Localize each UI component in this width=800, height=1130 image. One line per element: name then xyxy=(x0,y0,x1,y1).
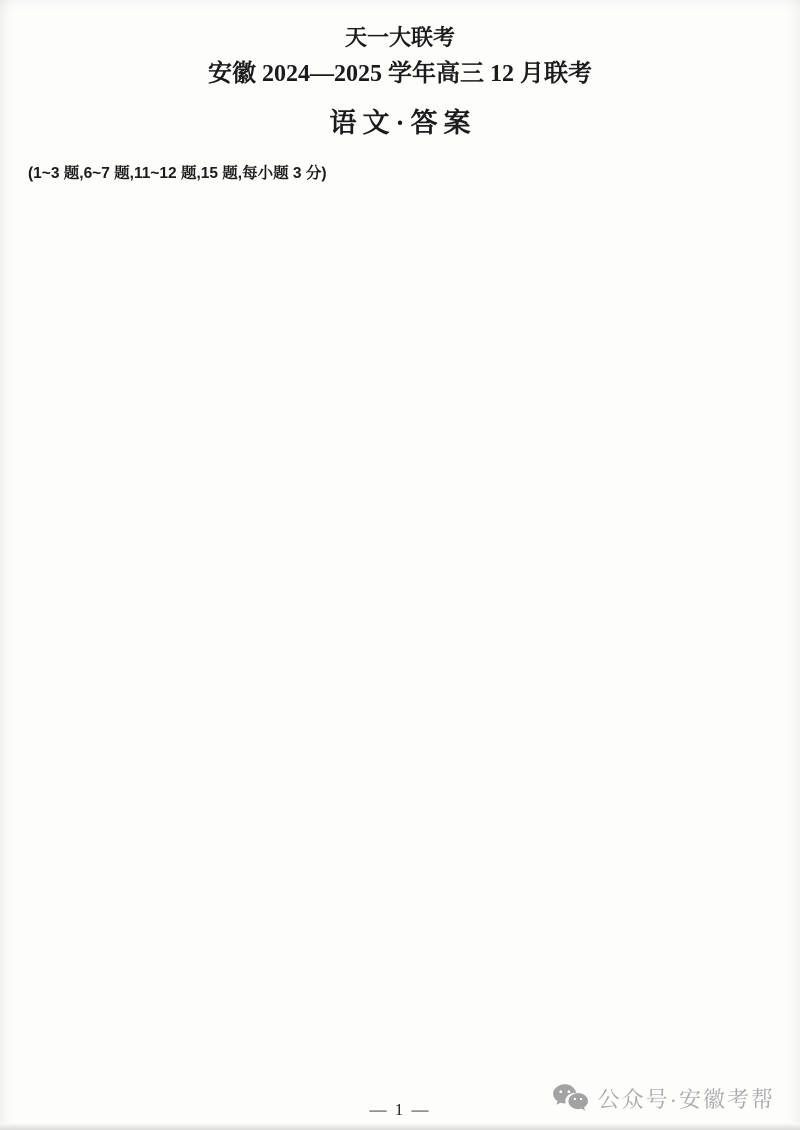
scanned-answer-page: 天一大联考 安徽 2024—2025 学年高三 12 月联考 语文·答案 (1~… xyxy=(0,0,800,1130)
subject-answer-title: 语文·答案 xyxy=(0,106,800,140)
exam-brand-title: 天一大联考 xyxy=(0,24,800,52)
wechat-icon xyxy=(552,1083,589,1114)
exam-session-title: 安徽 2024—2025 学年高三 12 月联考 xyxy=(0,59,800,89)
watermark-text: 公众号·安徽考帮 xyxy=(598,1083,775,1114)
watermark: 公众号·安徽考帮 xyxy=(552,1083,775,1114)
scoring-note: (1~3 题,6~7 题,11~12 题,15 题,每小题 3 分) xyxy=(28,161,776,183)
page-header: 天一大联考 安徽 2024—2025 学年高三 12 月联考 语文·答案 xyxy=(0,0,800,140)
scan-bottom-edge xyxy=(0,1123,800,1130)
